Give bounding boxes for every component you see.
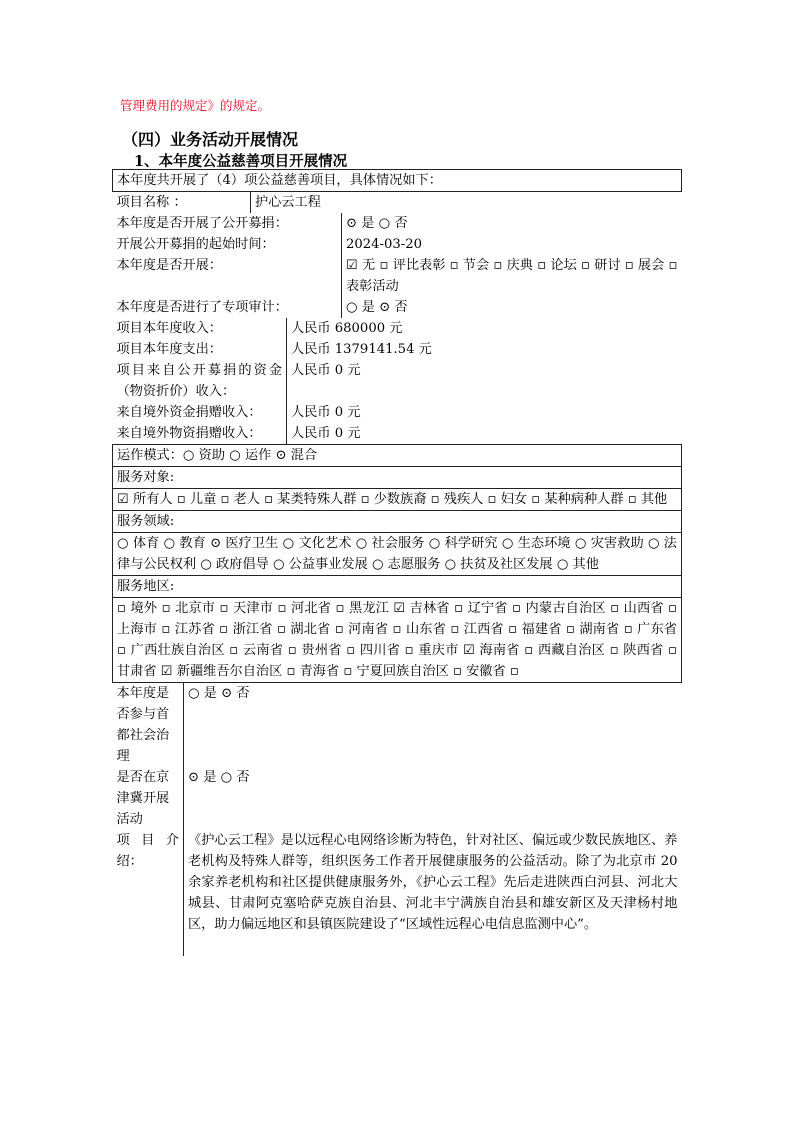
foreign-goods-value: 人民币 0 元 bbox=[287, 423, 682, 444]
project-intro-text: 《护心云工程》是以远程心电网络诊断为特色，针对社区、偏远或少数民族地区、养老机构… bbox=[184, 830, 682, 956]
public-income-value: 人民币 0 元 bbox=[287, 360, 682, 402]
regulation-note: 管理费用的规定》的规定。 bbox=[120, 96, 270, 114]
service-field-radios[interactable]: ○ 体育 ○ 教育 ⊙ 医疗卫生 ○ 文化艺术 ○ 社会服务 ○ 科学研究 ○ … bbox=[113, 533, 682, 576]
operation-mode-radio[interactable]: 运作模式：○ 资助 ○ 运作 ⊙ 混合 bbox=[113, 445, 682, 467]
foreign-fund-value: 人民币 0 元 bbox=[287, 402, 682, 423]
capital-governance-radio[interactable]: ○ 是 ⊙ 否 bbox=[184, 683, 682, 767]
expense-value: 人民币 1379141.54 元 bbox=[287, 339, 682, 360]
public-fundraising-radio[interactable]: ⊙ 是 ○ 否 bbox=[342, 213, 682, 234]
expense-label: 项目本年度支出： bbox=[113, 339, 287, 360]
public-fundraising-label: 本年度是否开展了公开募捐： bbox=[113, 213, 342, 234]
foreign-fund-label: 来自境外资金捐赠收入： bbox=[113, 402, 287, 423]
activities-checkboxes[interactable]: ☑ 无 ▫ 评比表彰 ▫ 节会 ▫ 庆典 ▫ 论坛 ▫ 研讨 ▫ 展会 ▫ 表彰… bbox=[342, 255, 682, 297]
intro-row: 本年度共开展了（4）项公益慈善项目，具体情况如下： bbox=[113, 170, 682, 192]
service-target-label: 服务对象: bbox=[113, 467, 682, 489]
fundraising-start-label: 开展公开募捐的起始时间： bbox=[113, 234, 342, 255]
public-income-label: 项目来自公开募捐的资金（物资折价）收入： bbox=[113, 360, 287, 402]
jingjinji-radio[interactable]: ⊙ 是 ○ 否 bbox=[184, 767, 682, 830]
service-field-label: 服务领域: bbox=[113, 511, 682, 533]
project-name-label: 项目名称 ： bbox=[113, 192, 251, 213]
service-target-checkboxes[interactable]: ☑ 所有人 ▫ 儿童 ▫ 老人 ▫ 某类特殊人群 ▫ 少数族裔 ▫ 残疾人 ▫ … bbox=[113, 489, 682, 511]
project-intro-label: 项 目 介绍： bbox=[113, 830, 184, 956]
capital-governance-label: 本年度是否参与首都社会治理 bbox=[113, 683, 184, 767]
income-label: 项目本年度收入： bbox=[113, 318, 287, 339]
service-area-checkboxes[interactable]: ▫ 境外 ▫ 北京市 ▫ 天津市 ▫ 河北省 ▫ 黑龙江 ☑ 吉林省 ▫ 辽宁省… bbox=[113, 598, 682, 683]
audit-label: 本年度是否进行了专项审计： bbox=[113, 297, 342, 318]
project-name-value: 护心云工程 bbox=[251, 192, 682, 213]
subsection-title: 1、本年度公益慈善项目开展情况 bbox=[134, 150, 347, 171]
section-title: （四）业务活动开展情况 bbox=[122, 127, 298, 150]
project-table: 本年度共开展了（4）项公益慈善项目，具体情况如下： 项目名称 ： 护心云工程 本… bbox=[112, 169, 682, 956]
fundraising-start-value: 2024-03-20 bbox=[342, 234, 682, 255]
service-area-label: 服务地区: bbox=[113, 576, 682, 598]
jingjinji-label: 是否在京津冀开展活动 bbox=[113, 767, 184, 830]
audit-radio[interactable]: ○ 是 ⊙ 否 bbox=[342, 297, 682, 318]
activities-label: 本年度是否开展： bbox=[113, 255, 342, 297]
income-value: 人民币 680000 元 bbox=[287, 318, 682, 339]
foreign-goods-label: 来自境外物资捐赠收入： bbox=[113, 423, 287, 444]
